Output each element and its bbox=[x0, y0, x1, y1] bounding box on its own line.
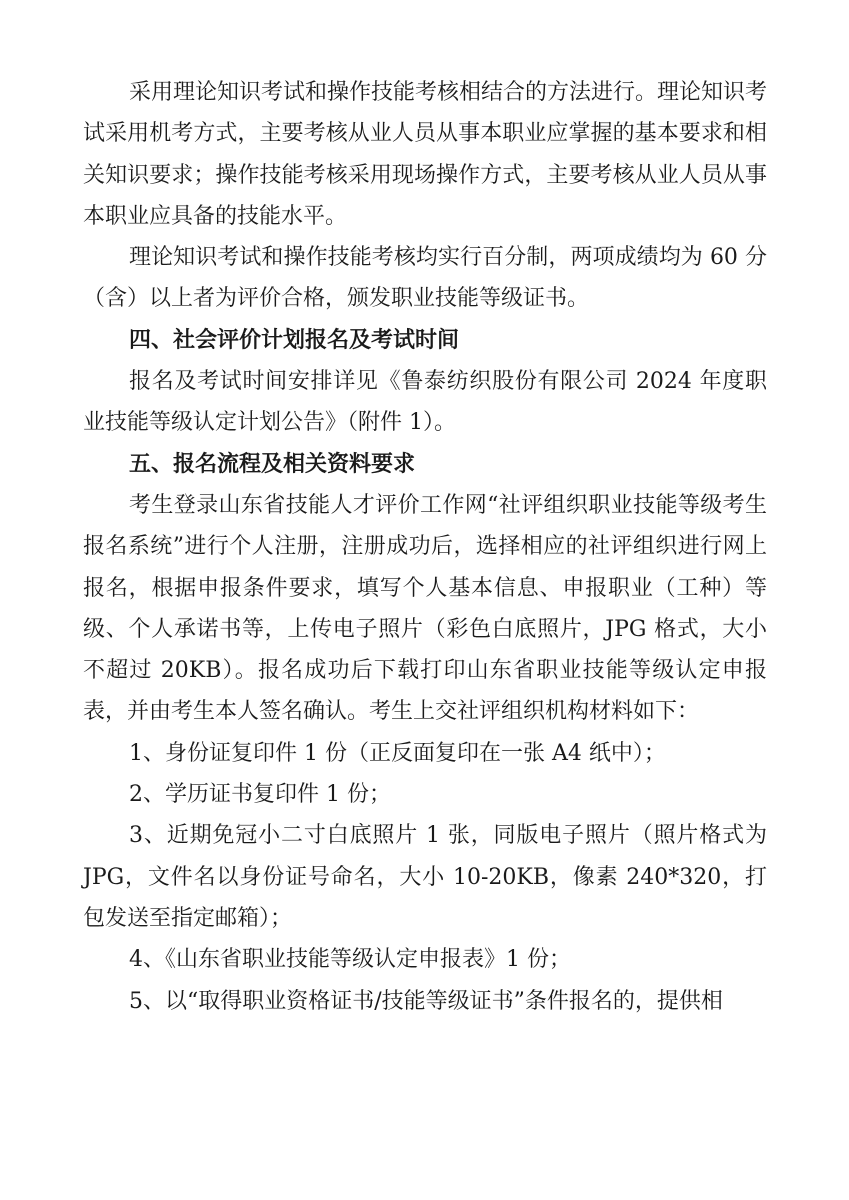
list-item-3: 3、近期免冠小二寸白底照片 1 张，同版电子照片（照片格式为 JPG，文件名以身… bbox=[83, 815, 767, 939]
list-item-1: 1、身份证复印件 1 份（正反面复印在一张 A4 纸中）； bbox=[83, 733, 767, 774]
document-page: 采用理论知识考试和操作技能考核相结合的方法进行。理论知识考试采用机考方式，主要考… bbox=[83, 72, 767, 1022]
list-item-5: 5、以“取得职业资格证书/技能等级证书”条件报名的，提供相 bbox=[83, 981, 767, 1022]
paragraph-exam-method: 采用理论知识考试和操作技能考核相结合的方法进行。理论知识考试采用机考方式，主要考… bbox=[83, 72, 767, 237]
section-heading-4: 四、社会评价计划报名及考试时间 bbox=[83, 320, 767, 361]
list-item-2: 2、学历证书复印件 1 份； bbox=[83, 774, 767, 815]
paragraph-registration: 考生登录山东省技能人才评价工作网“社评组织职业技能等级考生报名系统”进行个人注册… bbox=[83, 485, 767, 733]
section-heading-5: 五、报名流程及相关资料要求 bbox=[83, 444, 767, 485]
paragraph-scoring: 理论知识考试和操作技能考核均实行百分制，两项成绩均为 60 分（含）以上者为评价… bbox=[83, 237, 767, 320]
list-item-4: 4、《山东省职业技能等级认定申报表》1 份； bbox=[83, 939, 767, 980]
paragraph-schedule: 报名及考试时间安排详见《鲁泰纺织股份有限公司 2024 年度职业技能等级认定计划… bbox=[83, 361, 767, 444]
